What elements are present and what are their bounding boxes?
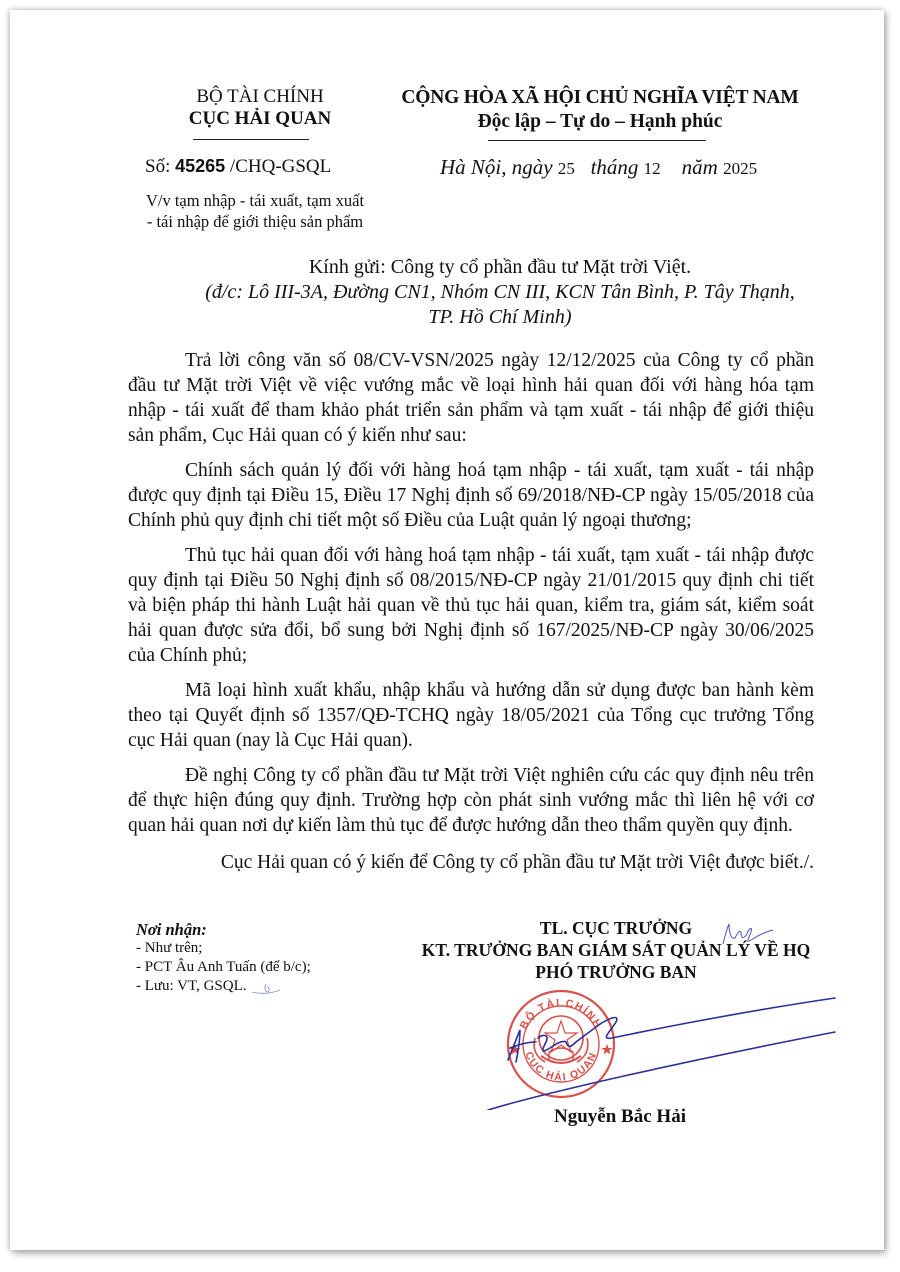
body-paragraph: Đề nghị Công ty cổ phần đầu tư Mặt trời …	[128, 763, 814, 838]
approval-initials-icon	[715, 918, 775, 950]
date-month: 12	[644, 159, 661, 178]
national-title: CỘNG HÒA XÃ HỘI CHỦ NGHĨA VIỆT NAM Độc l…	[380, 86, 820, 134]
distribution-title: Nơi nhận:	[136, 920, 311, 939]
handwritten-signature-icon	[480, 990, 840, 1110]
document-subject: V/v tạm nhập - tái xuất, tạm xuất - tái …	[125, 190, 385, 232]
date-day: 25	[558, 159, 575, 178]
body-paragraph: Mã loại hình xuất khẩu, nhập khẩu và hướ…	[128, 678, 814, 753]
issuing-authority: BỘ TÀI CHÍNH CỤC HẢI QUAN	[120, 86, 400, 130]
letter-body: Trả lời công văn số 08/CV-VSN/2025 ngày …	[128, 348, 814, 885]
date-year-label: năm	[682, 155, 718, 179]
document-date: Hà Nội, ngày 25 tháng 12 năm 2025	[440, 155, 757, 180]
recipient-address-line-1: (đ/c: Lô III-3A, Đường CN1, Nhóm CN III,…	[170, 280, 830, 305]
body-paragraph: Trả lời công văn số 08/CV-VSN/2025 ngày …	[128, 348, 814, 448]
agency-name: CỤC HẢI QUAN	[120, 108, 400, 130]
signature-title-3: PHÓ TRƯỞNG BAN	[400, 961, 832, 983]
subject-line-1: V/v tạm nhập - tái xuất, tạm xuất	[125, 190, 385, 211]
country-name: CỘNG HÒA XÃ HỘI CHỦ NGHĨA VIỆT NAM	[380, 86, 820, 110]
ministry-name: BỘ TÀI CHÍNH	[120, 86, 400, 108]
doc-number-suffix: /CHQ-GSQL	[230, 156, 331, 177]
recipient-address-line-2: TP. Hồ Chí Minh)	[170, 305, 830, 330]
document-number: Số: 45265 /CHQ-GSQL	[145, 156, 331, 178]
closing-paragraph: Cục Hải quan có ý kiến để Công ty cổ phầ…	[128, 850, 814, 875]
doc-number-value: 45265	[175, 156, 225, 176]
date-place: Hà Nội, ngày	[440, 155, 553, 179]
date-year: 2025	[723, 159, 757, 178]
motto-underline	[488, 140, 706, 141]
clerk-initials-icon	[250, 978, 290, 998]
doc-number-prefix: Số:	[145, 156, 170, 177]
subject-line-2: - tái nhập để giới thiệu sản phẩm	[125, 211, 385, 232]
recipient-line: Kính gửi: Công ty cổ phần đầu tư Mặt trờ…	[170, 255, 830, 280]
body-paragraph: Chính sách quản lý đối với hàng hoá tạm …	[128, 458, 814, 533]
distribution-item: - Như trên;	[136, 939, 311, 958]
national-motto: Độc lập – Tự do – Hạnh phúc	[380, 110, 820, 134]
signer-name: Nguyễn Bắc Hải	[470, 1106, 770, 1128]
distribution-item: - PCT Âu Anh Tuấn (để b/c);	[136, 958, 311, 977]
date-month-label: tháng	[591, 155, 639, 179]
recipient-block: Kính gửi: Công ty cổ phần đầu tư Mặt trờ…	[170, 255, 830, 330]
agency-underline	[193, 139, 309, 140]
body-paragraph: Thủ tục hải quan đối với hàng hoá tạm nh…	[128, 543, 814, 668]
